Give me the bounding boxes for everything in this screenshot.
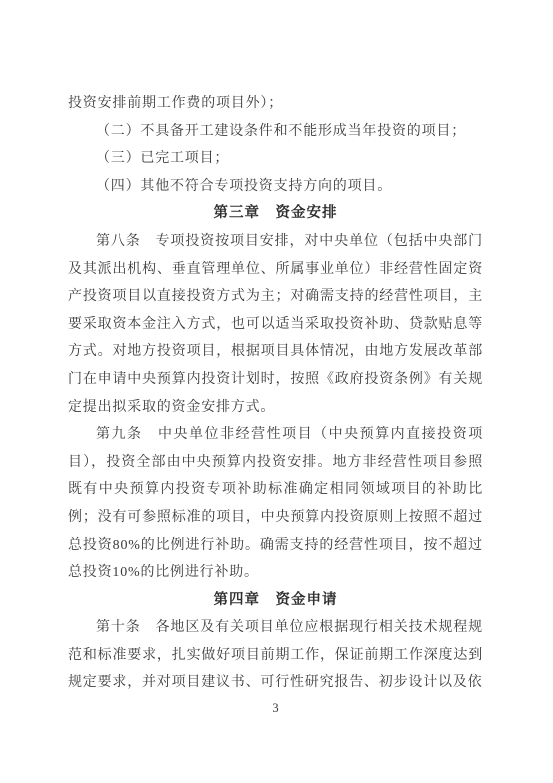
list-item-ineligible-3: （三）已完工项目； xyxy=(68,145,483,173)
list-item-ineligible-4: （四）其他不符合专项投资支持方向的项目。 xyxy=(68,173,483,201)
document-page: 投资安排前期工作费的项目外）； （二）不具备开工建设条件和不能形成当年投资的项目… xyxy=(0,0,553,783)
page-number: 3 xyxy=(68,699,483,717)
article-10-paragraph: 第十条 各地区及有关项目单位应根据现行相关技术规程规范和标准要求，扎实做好项目前… xyxy=(68,614,483,697)
list-item-ineligible-2: （二）不具备开工建设条件和不能形成当年投资的项目； xyxy=(68,118,483,146)
chapter-4-heading: 第四章 资金申请 xyxy=(68,587,483,615)
article-9-paragraph: 第九条 中央单位非经营性项目（中央预算内直接投资项目），投资全部由中央预算内投资… xyxy=(68,421,483,587)
paragraph-continuation: 投资安排前期工作费的项目外）； xyxy=(68,90,483,118)
article-8-paragraph: 第八条 专项投资按项目安排，对中央单位（包括中央部门及其派出机构、垂直管理单位、… xyxy=(68,228,483,421)
document-text-block: 投资安排前期工作费的项目外）； （二）不具备开工建设条件和不能形成当年投资的项目… xyxy=(68,90,483,717)
chapter-3-heading: 第三章 资金安排 xyxy=(68,200,483,228)
